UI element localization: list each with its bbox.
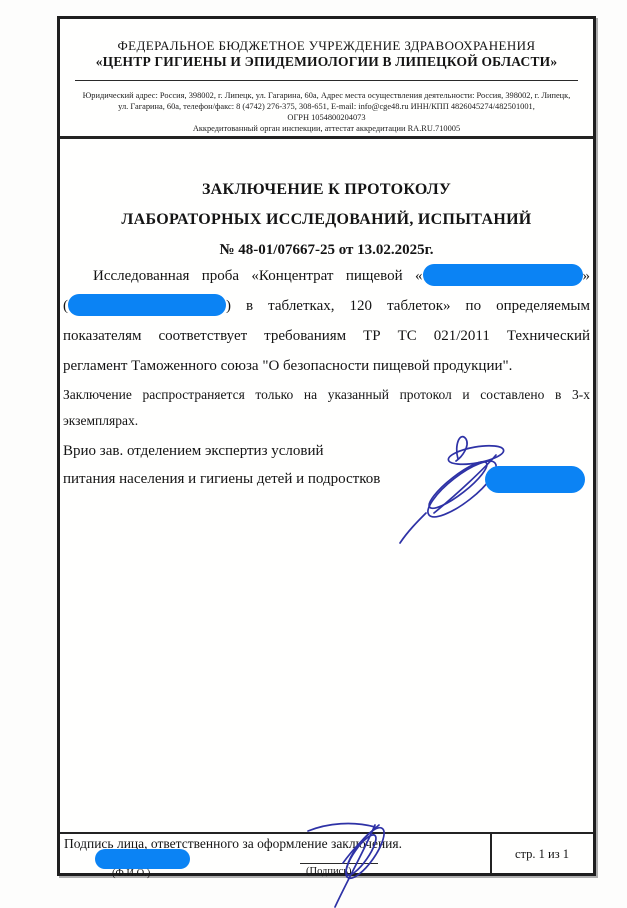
signer-role-line1: Врио зав. отделением экспертиз условий [63, 443, 324, 460]
body-line-2: () в таблетках, 120 таблеток» по определ… [63, 295, 590, 319]
body-line2-text: ) в таблетках, 120 таблеток» по определя… [226, 298, 590, 314]
doc-title-line2: ЛАБОРАТОРНЫХ ИССЛЕДОВАНИЙ, ИСПЫТАНИЙ [60, 211, 593, 229]
body-line-4: регламент Таможенного союза "О безопасно… [63, 355, 590, 379]
address-line-2: ул. Гагарина, 60а, телефон/факс: 8 (4742… [60, 101, 593, 112]
body-line-3: показателям соответствует требованиям ТР… [63, 325, 590, 349]
org-name-line1: ФЕДЕРАЛЬНОЕ БЮДЖЕТНОЕ УЧРЕЖДЕНИЕ ЗДРАВОО… [60, 38, 593, 54]
document-page-border: ФЕДЕРАЛЬНОЕ БЮДЖЕТНОЕ УЧРЕЖДЕНИЕ ЗДРАВОО… [57, 16, 596, 876]
address-line-3: ОГРН 1054800204073 [60, 112, 593, 123]
note-line-1: Заключение распространяется только на ук… [63, 384, 590, 408]
doc-title-line1: ЗАКЛЮЧЕНИЕ К ПРОТОКОЛУ [60, 181, 593, 199]
redaction-bar-product-name [423, 264, 583, 286]
redaction-bar-signer-name [485, 466, 585, 493]
scanned-document: ФЕДЕРАЛЬНОЕ БЮДЖЕТНОЕ УЧРЕЖДЕНИЕ ЗДРАВОО… [0, 0, 627, 908]
body-line1-closing-quote: » [583, 268, 591, 284]
org-name-line2: «ЦЕНТР ГИГИЕНЫ И ЭПИДЕМИОЛОГИИ В ЛИПЕЦКО… [60, 54, 593, 70]
page-number: стр. 1 из 1 [492, 847, 592, 862]
redaction-bar-responsible-name [95, 849, 190, 869]
doc-number-line: № 48-01/07667-25 от 13.02.2025г. [60, 242, 593, 259]
body-line1-text: Исследованная проба «Концентрат пищевой … [93, 268, 423, 284]
handwritten-signature-footer [283, 813, 408, 908]
fio-caption: (Ф.И.О.) [112, 868, 150, 879]
signer-role-line2: питания населения и гигиены детей и подр… [63, 471, 380, 488]
address-line-4: Аккредитованный орган инспекции, аттеста… [60, 123, 593, 134]
redaction-bar-product-detail [68, 294, 226, 316]
header-separator-thick [60, 136, 593, 139]
header-separator-thin [75, 80, 578, 81]
address-line-1: Юридический адрес: Россия, 398002, г. Ли… [60, 90, 593, 101]
body-line-1: Исследованная проба «Концентрат пищевой … [63, 265, 590, 289]
